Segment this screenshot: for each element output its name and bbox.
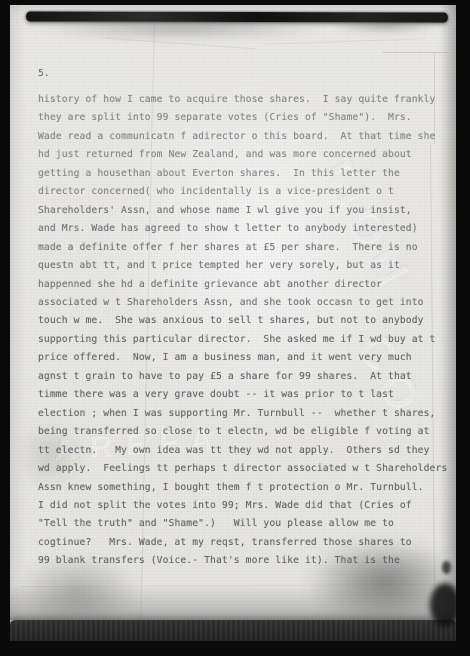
transcript-line: questn abt tt, and t price tempted her v…: [38, 257, 450, 275]
top-edge-shadow: [30, 21, 330, 37]
paper-crease-line: [105, 38, 255, 49]
transcript-line: being transferred so close to t electn, …: [38, 423, 450, 441]
transcript-line: wd apply. Feelings tt perhaps t director…: [38, 460, 450, 478]
transcript-line: election ; when I was supporting Mr. Tur…: [38, 405, 450, 423]
bottom-shadow-fade: [10, 585, 456, 620]
bottom-edge-dark-band: [10, 620, 456, 641]
transcript-line: they are split into 99 separate votes (C…: [38, 109, 450, 127]
transcript-line: timme there was a very grave doubt -- it…: [38, 386, 450, 404]
transcript-line: I did not split the votes into 99; Mrs. …: [38, 497, 450, 515]
transcript-line: touch w me. She was anxious to sell t sh…: [38, 312, 450, 330]
paper-crease-line: [20, 584, 440, 587]
transcript-line: tt electn. My own idea was tt they wd no…: [38, 442, 450, 460]
transcript-line: Assn knew something, I bought them f t p…: [38, 479, 450, 497]
scanned-document-page: TION CO AREFA 5. history of how I came t…: [10, 5, 456, 641]
transcript-line: "Tell the truth" and "Shame".) Will you …: [38, 515, 450, 533]
transcript-line: agnst t grain to have to pay £5 a share …: [38, 368, 450, 386]
transcript-line: supporting this particular director. She…: [38, 331, 450, 349]
transcript-line: made a definite offer f her shares at £5…: [38, 239, 450, 257]
top-edge-dark-band: [26, 11, 448, 22]
transcript-line: and Mrs. Wade has agreed to show t lette…: [38, 220, 450, 238]
page-number: 5.: [38, 68, 50, 79]
transcript-line: hd just returned from New Zealand, and w…: [38, 146, 450, 164]
transcript-line: price offered. Now, I am a business man,…: [38, 349, 450, 367]
transcript-line: associated w t Shareholders Assn, and sh…: [38, 294, 450, 312]
transcript-line: happenned she hd a definite grievance ab…: [38, 276, 450, 294]
transcript-line: getting a housethan about Everton shares…: [38, 165, 450, 183]
transcript-line: Wade read a communicatn f adirector o th…: [38, 128, 450, 146]
paper-crease-line: [382, 52, 448, 53]
transcript-line: history of how I came to acquire those s…: [38, 91, 450, 109]
transcript-line: director concerned( who incidentally is …: [38, 183, 450, 201]
transcript-line: cogtinue? Mrs. Wade, at my reqst, transf…: [38, 534, 450, 552]
typewritten-transcript: history of how I came to acquire those s…: [38, 91, 450, 571]
transcript-line: Shareholders' Assn, and whose name I wl …: [38, 202, 450, 220]
paper-crease-line: [265, 38, 425, 45]
transcript-line: 99 blank transfers (Voice.- That's more …: [38, 552, 450, 570]
